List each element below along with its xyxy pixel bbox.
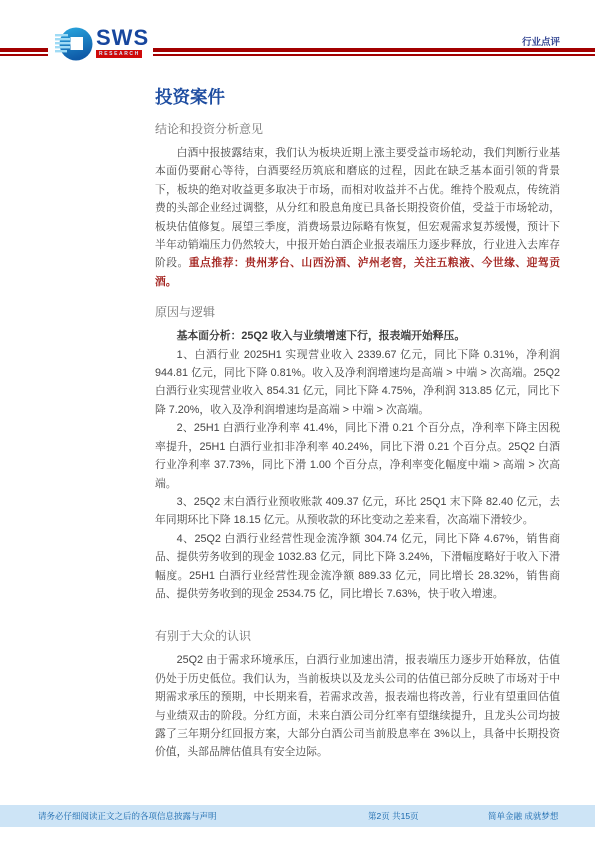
footer-motto: 简单金融 成就梦想: [488, 805, 558, 827]
logo-wordmark: SWS: [96, 27, 149, 49]
reasons-point-1: 1、白酒行业 2025H1 实现营业收入 2339.67 亿元，同比下降 0.3…: [155, 346, 560, 420]
section-heading-conclusion: 结论和投资分析意见: [155, 120, 560, 137]
conclusion-paragraph: 白酒中报披露结束，我们认为板块近期上涨主要受益市场轮动，我们判断行业基本面仍要耐…: [155, 144, 560, 291]
conclusion-text: 白酒中报披露结束，我们认为板块近期上涨主要受益市场轮动，我们判断行业基本面仍要耐…: [155, 147, 560, 269]
section-heading-differences: 有别于大众的认识: [155, 627, 560, 644]
page-title: 投资案件: [155, 84, 560, 109]
logo-text: SWS RESEARCH: [96, 27, 149, 58]
conclusion-highlight: 重点推荐：贵州茅台、山西汾酒、泸州老窖，关注五粮液、今世缘、迎驾贡酒。: [155, 257, 560, 287]
logo-subtitle: RESEARCH: [96, 50, 142, 58]
section-heading-reasons: 原因与逻辑: [155, 303, 560, 320]
report-page: SWS RESEARCH 行业点评 投资案件 结论和投资分析意见 白酒中报披露结…: [0, 0, 595, 841]
header-rule-right: [153, 48, 595, 56]
header-rule-left: [0, 48, 48, 56]
report-body: 投资案件 结论和投资分析意见 白酒中报披露结束，我们认为板块近期上涨主要受益市场…: [155, 84, 560, 762]
differences-paragraph: 25Q2 由于需求环境承压，白酒行业加速出清，报表端压力逐步开始释放，估值仍处于…: [155, 651, 560, 761]
footer-disclaimer: 请务必仔细阅读正文之后的各项信息披露与声明: [38, 805, 217, 827]
sws-globe-icon: [55, 25, 93, 63]
reasons-point-3: 3、25Q2 末白酒行业预收账款 409.37 亿元，环比 25Q1 末下降 8…: [155, 493, 560, 530]
footer-page-number: 第2页 共15页: [368, 805, 419, 827]
reasons-point-2: 2、25H1 白酒行业净利率 41.4%，同比下滑 0.21 个百分点，净利率下…: [155, 419, 560, 493]
sws-logo: SWS RESEARCH: [55, 25, 149, 63]
doc-type-label: 行业点评: [522, 34, 560, 48]
reasons-lead: 基本面分析：25Q2 收入与业绩增速下行，报表端开始释压。: [155, 327, 560, 345]
page-footer: 请务必仔细阅读正文之后的各项信息披露与声明 第2页 共15页 简单金融 成就梦想: [0, 805, 595, 827]
reasons-point-4: 4、25Q2 白酒行业经营性现金流净额 304.74 亿元，同比下降 4.67%…: [155, 530, 560, 604]
